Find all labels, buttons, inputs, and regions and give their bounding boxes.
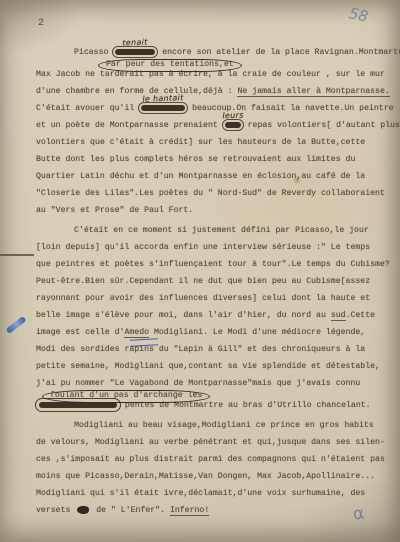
typed-text: sud (331, 311, 346, 321)
text-line: C'était en ce moment si justement défini… (36, 222, 396, 239)
typed-text: versets (36, 506, 75, 515)
text-line: "Closerie des Lilas".Les poètes du " Nor… (36, 185, 396, 202)
typed-text: volontiers que c'était à crédit] sur les… (36, 138, 365, 147)
text-line: Par peur des tentations,et (36, 59, 396, 67)
typed-text: [loin depuis] qu'il accorda enfin une in… (36, 243, 370, 252)
typed-text: moins que Picasso,Derain,Matisse,Van Don… (36, 472, 375, 481)
text-line: foulant d'un pas d'archange les (36, 390, 396, 398)
typed-text: C'était avouer qu'il (36, 104, 139, 113)
correction-wrap: le hantait (139, 100, 187, 117)
circled-insertion: Par peur des tentations,et (98, 59, 242, 72)
typed-text: d'une chambre en forme de cellule,déjà : (36, 87, 237, 96)
text-line: petite semaine, Modigliani que,contant s… (36, 358, 396, 375)
typed-text: Modigliani qui s'il était ivre,déclamait… (36, 489, 365, 498)
text-line: Modigliani au beau visage,Modigliani ce … (36, 417, 396, 434)
typed-text: repas volontiers[ d'autant plus (243, 121, 400, 130)
text-line: Modigliani qui s'il était ivre,déclamait… (36, 485, 396, 502)
text-line: et un poète de Montparnasse prenaient le… (36, 117, 396, 134)
typed-text: image est celle d' (36, 328, 124, 337)
text-line: au "Vers et Prose" de Paul Fort. (36, 202, 396, 219)
manuscript-page: 2 58 Picasso tenait encore son atelier d… (0, 0, 400, 542)
margin-dash-mark (0, 254, 34, 256)
typed-text: "Closerie des Lilas".Les poètes du " Nor… (36, 189, 385, 198)
typed-text: Modi des sordides rapins du "Lapin à Gil… (36, 345, 365, 354)
typed-text: beaucoup.On faisait la navette.Un peintr… (187, 104, 393, 113)
typed-text: Ne jamais aller à Montparnasse. (237, 87, 389, 97)
margin-alpha-mark: α (351, 503, 365, 524)
typed-text: belle image s'élève pour moi, dans l'air… (36, 311, 331, 320)
text-line: rayonnant pour avoir des influences dive… (36, 290, 396, 307)
text-line: versets de " L'Enfer". Inferno! (36, 502, 396, 519)
typed-text: Peut-être.Bien sûr.Cependant il ne dut q… (36, 277, 370, 286)
text-line: Butte dont les plus complets héros se re… (36, 151, 396, 168)
text-line: ces ,s'imposait au plus distrait parmi d… (36, 451, 396, 468)
page-number: 2 (38, 18, 44, 29)
typed-text: encore son atelier de la place Ravignan.… (157, 48, 400, 57)
typed-text: .Cette (346, 311, 375, 320)
handwritten-correction: leurs (222, 107, 244, 125)
typed-text: Amedo (124, 328, 149, 338)
text-line: Peut-être.Bien sûr.Cependant il ne dut q… (36, 273, 396, 290)
blue-pen-scribble-mark (130, 338, 158, 346)
typed-text: petite semaine, Modigliani que,contant s… (36, 362, 380, 371)
blue-pen-check-mark (5, 316, 26, 334)
circled-insertion: foulant d'un pas d'archange les (42, 390, 210, 403)
typed-text: et un poète de Montparnasse prenaient (36, 121, 223, 130)
text-line: moins que Picasso,Derain,Matisse,Van Don… (36, 468, 396, 485)
text-line: Modi des sordides rapins du "Lapin à Gil… (36, 341, 396, 358)
text-line: [loin depuis] qu'il accorda enfin une in… (36, 239, 396, 256)
text-line: belle image s'élève pour moi, dans l'air… (36, 307, 396, 324)
typed-text: ces ,s'imposait au plus distrait parmi d… (36, 455, 385, 464)
typed-text: C'était en ce moment si justement défini… (74, 226, 369, 235)
typed-text: Modigliani au beau visage,Modigliani ce … (74, 421, 374, 430)
text-line: image est celle d'Amedo Modigliani. Le M… (36, 324, 396, 341)
typed-text: Inferno! (170, 506, 209, 516)
typed-text: rayonnant pour avoir des influences dive… (36, 294, 370, 303)
text-line: que peintres et poètes s'influençaient t… (36, 256, 396, 273)
folio-number-pencil: 58 (347, 4, 369, 26)
typed-text: Picasso (74, 48, 113, 57)
typed-text: que peintres et poètes s'influençaient t… (36, 260, 390, 269)
typed-text: de velours, Modigliani au verbe pénétran… (36, 438, 385, 447)
text-line: de velours, Modigliani au verbe pénétran… (36, 434, 396, 451)
typescript-lines: Picasso tenait encore son atelier de la … (36, 44, 396, 519)
typed-text: au "Vers et Prose" de Paul Fort. (36, 206, 193, 215)
typed-text: de " L'Enfer". (91, 506, 170, 515)
text-line: Quartier Latin déchu et d'un Montparnass… (36, 168, 396, 185)
typed-text: Modigliani. Le Modi d'une médiocre légen… (149, 328, 365, 337)
typed-text: Quartier Latin déchu et d'un Montparnass… (36, 172, 365, 181)
ink-blot (77, 506, 89, 514)
handwritten-correction: tenait (122, 34, 148, 52)
correction-wrap: leurs (223, 117, 243, 134)
text-line: volontiers que c'était à crédit] sur les… (36, 134, 396, 151)
text-line: d'une chambre en forme de cellule,déjà :… (36, 83, 396, 100)
typed-text: Butte dont les plus complets héros se re… (36, 155, 355, 164)
handwritten-correction: le hantait (142, 89, 184, 107)
typed-text: j'ai pu nommer "Le Vagabond de Montparna… (36, 379, 360, 388)
text-line: C'était avouer qu'il le hantait beaucoup… (36, 100, 396, 117)
